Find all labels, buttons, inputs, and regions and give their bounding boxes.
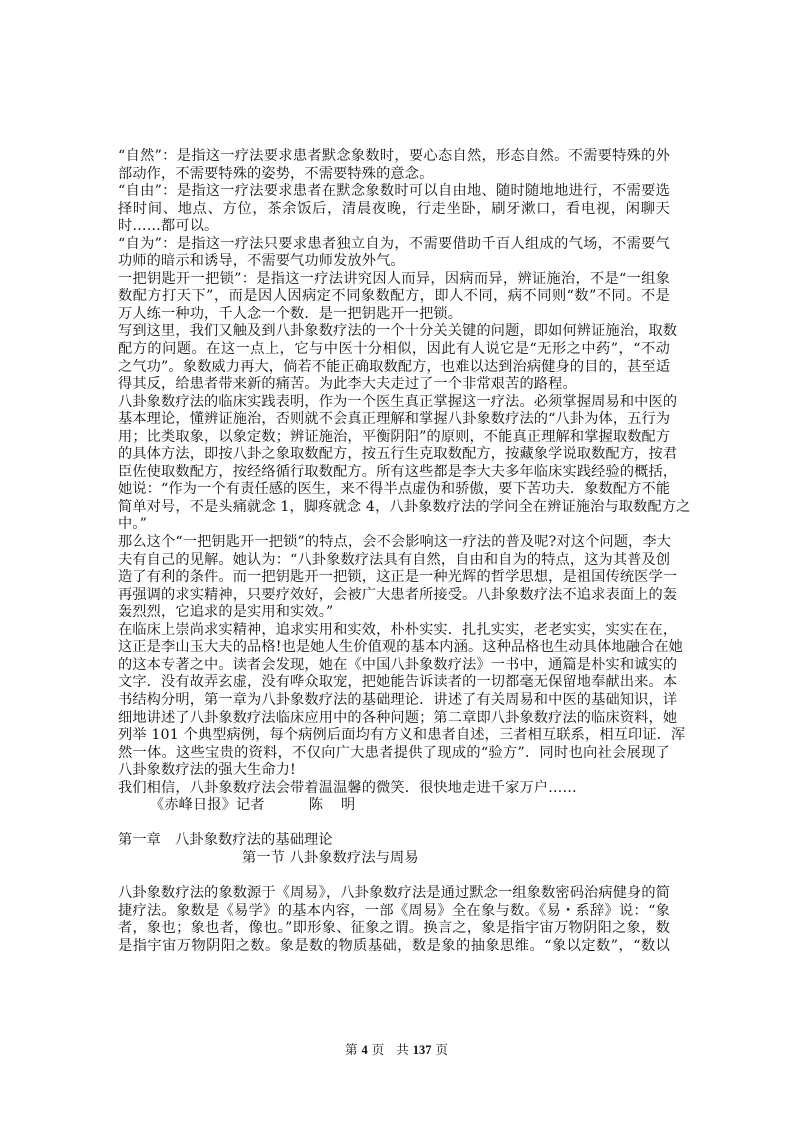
spacer bbox=[118, 867, 670, 885]
text-line: 功师的暗示和诱导，不需要气功师发放外气。 bbox=[118, 253, 670, 271]
text-line: 基本理论，懂辨证施治，否则就不会真正理解和掌握八卦象数疗法的“八卦为体，五行为 bbox=[118, 411, 670, 429]
text-line: 者，象也；象也者，像也。”即形象、征象之谓。换言之，象是指宇宙万物阴阳之象，数 bbox=[118, 920, 670, 938]
section-heading: 第一节 八卦象数疗法与周易 bbox=[118, 850, 670, 868]
byline-name-part2: 明 bbox=[341, 797, 355, 813]
text-line: 再强调的求实精神，只要疗效好，会被广大患者所接受。八卦象数疗法不追求表面上的轰 bbox=[118, 587, 670, 605]
total-suffix: 页 bbox=[435, 1042, 448, 1057]
chapter-title: 八卦象数疗法的基础理论 bbox=[175, 832, 333, 848]
spacer bbox=[118, 815, 670, 833]
text-line: 中。” bbox=[118, 516, 670, 534]
text-line: 书结构分明，第一章为八卦象数疗法的基础理论．讲述了有关周易和中医的基础知识，详 bbox=[118, 692, 670, 710]
text-line: 臣佐使取数配方，按经络循行取数配方。所有这些都是李大夫多年临床实践经验的概括， bbox=[118, 464, 670, 482]
text-line: 轰烈烈，它追求的是实用和实效。” bbox=[118, 604, 670, 622]
page-number: 4 bbox=[362, 1043, 368, 1057]
author-byline: 《赤峰日报》记者陈明 bbox=[118, 797, 670, 815]
text-line: 八卦象数疗法的象数源于《周易》，八卦象数疗法是通过默念一组象数密码治病健身的简 bbox=[118, 885, 670, 903]
text-line: 部动作，不需要特殊的姿势，不需要特殊的意念。 bbox=[118, 166, 670, 184]
text-line: 数配方打天下”，而是因人因病定不同象数配方，即人不同，病不同则“数”不同。不是 bbox=[118, 288, 670, 306]
chapter-heading: 第一章八卦象数疗法的基础理论 bbox=[118, 832, 670, 850]
document-page: “自然”：是指这一疗法要求患者默念象数时，要心态自然，形态自然。不需要特殊的外 … bbox=[0, 0, 793, 1122]
text-line: 万人练一种功，千人念一个数．是一把钥匙开一把锁。 bbox=[118, 306, 670, 324]
body-text-block-1: “自然”：是指这一疗法要求患者默念象数时，要心态自然，形态自然。不需要特殊的外 … bbox=[118, 148, 670, 955]
total-prefix: 共 bbox=[396, 1042, 409, 1057]
text-line: 列举 101 个典型病例，每个病例后面均有方义和患者自述，三者相互联系，相互印证… bbox=[118, 727, 670, 745]
text-line: 一把钥匙开一把锁”：是指这一疗法讲究因人而异，因病而异，辨证施治，不是“一组象 bbox=[118, 271, 670, 289]
text-line: 得其反，给患者带来新的痛苦。为此李大夫走过了一个非常艰苦的路程。 bbox=[118, 376, 670, 394]
page-suffix: 页 bbox=[372, 1042, 385, 1057]
text-line: “自由”：是指这一疗法要求患者在默念象数时可以自由地、随时随地地进行，不需要选 bbox=[118, 183, 670, 201]
page-prefix: 第 bbox=[345, 1042, 358, 1057]
text-line: 写到这里，我们又触及到八卦象数疗法的一个十分关关键的问题，即如何辨证施治，取数 bbox=[118, 323, 670, 341]
text-line: 那么这个“一把钥匙开一把锁”的特点，会不会影响这一疗法的普及呢?对这个问题，李大 bbox=[118, 534, 670, 552]
text-line: 八卦象数疗法的临床实践表明，作为一个医生真正掌握这一疗法。必须掌握周易和中医的 bbox=[118, 394, 670, 412]
text-line: 我们相信，八卦象数疗法会带着温温馨的微笑．很快地走进千家万户…… bbox=[118, 780, 670, 798]
text-line: 配方的问题。在这一点上，它与中医十分相似，因此有人说它是“无形之中药”，“不动 bbox=[118, 341, 670, 359]
text-line: 之气功”。象数威力再大，倘若不能正确取数配方，也难以达到治病健身的目的，甚至适 bbox=[118, 359, 670, 377]
text-line: 夫有自己的见解。她认为：“八卦象数疗法具有自然，自由和自为的特点，这为其普及创 bbox=[118, 552, 670, 570]
text-line: 文字．没有故弄玄虚，没有哗众取宠，把她能告诉读者的一切都毫无保留地奉献出来。本 bbox=[118, 674, 670, 692]
chapter-number: 第一章 bbox=[118, 832, 161, 848]
text-line: 用；比类取象，以象定数；辨证施治，平衡阴阳”的原则，不能真正理解和掌握取数配方 bbox=[118, 429, 670, 447]
text-line: 这正是李山玉大夫的品格!也是她人生价值观的基本内涵。这种品格也生动具体地融合在她 bbox=[118, 639, 670, 657]
text-line: 的具体方法，即按八卦之象取数配方，按五行生克取数配方，按藏象学说取数配方，按君 bbox=[118, 446, 670, 464]
text-line: 捷疗法。象数是《易学》的基本内容，一部《周易》全在象与数。《易・系辞》说：“象 bbox=[118, 903, 670, 921]
byline-name-part1: 陈 bbox=[309, 797, 323, 813]
text-line: 造了有利的条件。而一把钥匙开一把锁，这正是一种光辉的哲学思想，是祖国传统医学一 bbox=[118, 569, 670, 587]
page-footer: 第 4 页共 137 页 bbox=[0, 1040, 793, 1058]
text-line: 是指宇宙万物阴阳之数。象是数的物质基础，数是象的抽象思维。“象以定数”，“数以 bbox=[118, 938, 670, 956]
text-line: 然一体。这些宝贵的资料，不仅向广大患者提供了现成的“验方”．同时也向社会展现了 bbox=[118, 745, 670, 763]
text-line: “自为”：是指这一疗法只要求患者独立自为，不需要借助千百人组成的气场，不需要气 bbox=[118, 236, 670, 254]
text-line: 时……都可以。 bbox=[118, 218, 670, 236]
text-line: 细地讲述了八卦象数疗法临床应用中的各种问题；第二章即八卦象数疗法的临床资料，她 bbox=[118, 710, 670, 728]
text-line: 的这本专著之中。读者会发现，她在《中国八卦象数疗法》一书中，通篇是朴实和诚实的 bbox=[118, 657, 670, 675]
byline-newspaper: 《赤峰日报》记者 bbox=[150, 797, 265, 813]
text-line: “自然”：是指这一疗法要求患者默念象数时，要心态自然，形态自然。不需要特殊的外 bbox=[118, 148, 670, 166]
text-line: 简单对号，不是头痛就念 1，脚疼就念 4，八卦象数疗法的学问全在辨证施治与取数配… bbox=[118, 499, 670, 517]
total-pages: 137 bbox=[413, 1043, 432, 1057]
text-line: 在临床上崇尚求实精神，追求实用和实效，朴朴实实．扎扎实实，老老实实，实实在在， bbox=[118, 622, 670, 640]
text-line: 八卦象数疗法的强大生命力! bbox=[118, 762, 670, 780]
text-line: 她说：“作为一个有责任感的医生，来不得半点虚伪和骄傲，要下苦功夫．象数配方不能 bbox=[118, 481, 670, 499]
text-line: 择时间、地点、方位，茶余饭后，清晨夜晚，行走坐卧，刷牙漱口，看电视，闲聊天 bbox=[118, 201, 670, 219]
